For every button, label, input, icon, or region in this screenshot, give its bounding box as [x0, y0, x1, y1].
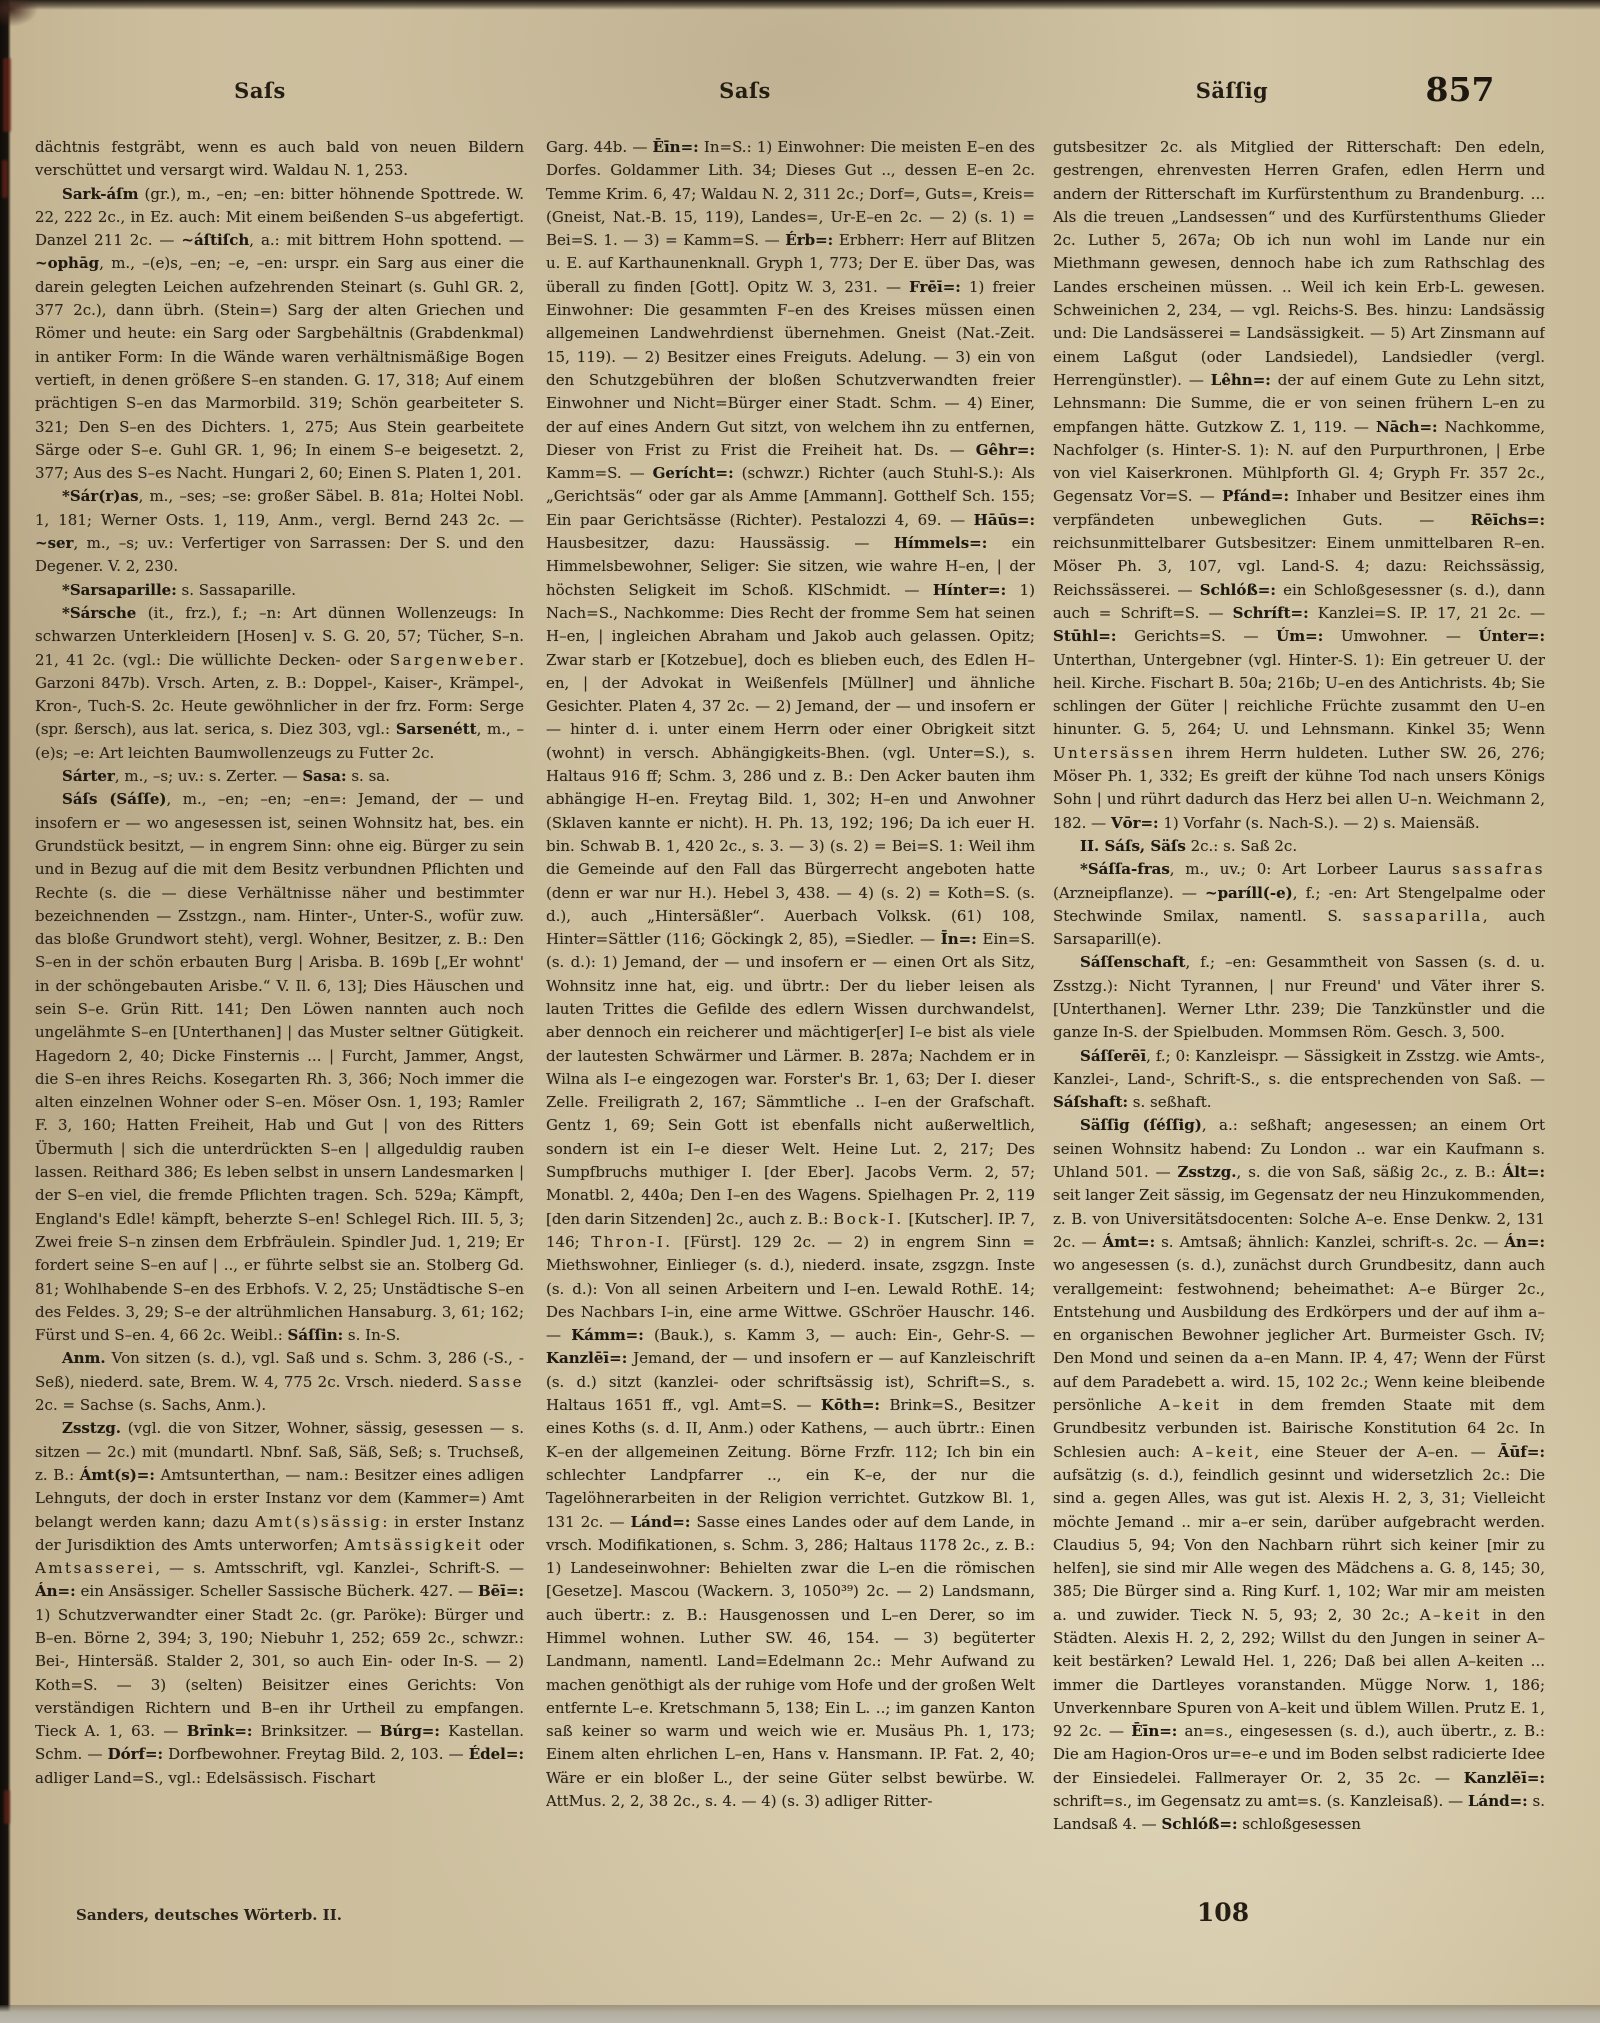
paragraph: gutsbesitzer 2c. als Mitglied der Ritter…	[1053, 136, 1545, 835]
text-column-3: gutsbesitzer 2c. als Mitglied der Ritter…	[1053, 136, 1545, 1904]
letterspaced-term: Amtsässigkeit	[344, 1536, 483, 1554]
scan-edge-top	[0, 0, 1600, 10]
headword: Stūhl=:	[1053, 627, 1116, 645]
headword: Sáſs (Sáſſe)	[62, 790, 167, 808]
headword: Édel=:	[469, 1745, 524, 1763]
letterspaced-term: Bock-I.	[833, 1210, 904, 1228]
headword: Dórf=:	[108, 1745, 163, 1763]
text-column-2: Garg. 44b. — Ēīn=: In=S.: 1) Einwohner: …	[546, 136, 1035, 1904]
letterspaced-term: Amtsasserei	[35, 1559, 155, 1577]
letterspaced-term: Amt(s)sässig	[255, 1513, 382, 1531]
paragraph: Anm. Von sitzen (s. d.), vgl. Saß und s.…	[35, 1347, 524, 1417]
red-edge-mark	[4, 1790, 10, 1824]
book-page: Saſs Saſs Säſſig 857 dächtnis festgräbt,…	[0, 0, 1600, 2023]
headword: Érb=:	[785, 231, 833, 249]
headword: ~ser	[35, 534, 73, 552]
running-head-center: Saſs	[635, 78, 855, 103]
letterspaced-term: Thron-I.	[591, 1233, 672, 1251]
letterspaced-term: A–keit	[1159, 1396, 1221, 1414]
headword: Sáſſin:	[288, 1326, 344, 1344]
scan-corner-smudge	[0, 0, 46, 30]
letterspaced-term: A–keit	[1192, 1443, 1254, 1461]
headword: Brīnk=:	[187, 1722, 253, 1740]
headword: *Sár(r)as	[62, 487, 139, 505]
printer-signature: Sanders, deutsches Wörterb. II.	[76, 1906, 342, 1924]
headword: Schlóß=:	[1161, 1815, 1237, 1833]
running-head-left: Saſs	[150, 78, 370, 103]
headword: Īn=:	[941, 930, 977, 948]
headword: Kōth=:	[821, 1396, 880, 1414]
headword: Sáſſenschaft	[1080, 953, 1186, 971]
headword: Anm.	[62, 1349, 106, 1367]
headword: Sáſshaft:	[1053, 1093, 1128, 1111]
headword: Hímmels=:	[894, 534, 987, 552]
headword: ~áſtiſch	[181, 231, 249, 249]
headword: Hínter=:	[933, 581, 1006, 599]
headword: Ált=:	[1503, 1163, 1545, 1181]
headword: Sárter	[62, 767, 115, 785]
paragraph: *Sár(r)as, m., –ses; –se: großer Säbel. …	[35, 485, 524, 578]
headword: Zsstzg.	[1178, 1163, 1237, 1181]
paragraph: Sáſſerēī, f.; 0: Kanzleispr. — Sässigkei…	[1053, 1045, 1545, 1115]
headword: Kanzlēī=:	[546, 1349, 627, 1367]
headword: Sáſſerēī	[1080, 1047, 1146, 1065]
headword: Āūf=:	[1498, 1443, 1545, 1461]
red-edge-mark	[3, 58, 11, 132]
headword: Säſſig (ſéſſig)	[1080, 1116, 1202, 1134]
headword: Án=:	[1504, 1233, 1545, 1251]
headword: ~paríll(-e)	[1205, 884, 1293, 902]
headword: Kanzlēī=:	[1464, 1769, 1545, 1787]
headword: Lánd=:	[631, 1513, 691, 1531]
headword: Sark-áſm	[62, 185, 139, 203]
headword: Únter=:	[1479, 627, 1545, 645]
headword: *Sársche	[62, 604, 136, 622]
headword: Nāch=:	[1376, 418, 1438, 436]
headword: Frēī=:	[909, 278, 961, 296]
letterspaced-term: Untersässen	[1053, 744, 1175, 762]
letterspaced-term: Sasse	[468, 1373, 524, 1391]
headword: Pfánd=:	[1222, 487, 1289, 505]
headword: Rēīchs=:	[1471, 511, 1545, 529]
headword: Lêhn=:	[1211, 371, 1271, 389]
paragraph: Sárter, m., –s; uv.: s. Zerter. — Sasa: …	[35, 765, 524, 788]
paragraph: dächtnis festgräbt, wenn es auch bald vo…	[35, 136, 524, 183]
paragraph: Sáſſenschaft, f.; –en: Gesammtheit von S…	[1053, 951, 1545, 1044]
headword: Sarsenétt	[396, 720, 477, 738]
page-number: 857	[1385, 70, 1535, 109]
paragraph: Sáſs (Sáſſe), m., –en; –en; –en=: Jemand…	[35, 788, 524, 1347]
headword: Lánd=:	[1468, 1792, 1528, 1810]
headword: Zsstzg.	[62, 1419, 121, 1437]
headword: Ámt(s)=:	[80, 1466, 155, 1484]
headword: Vōr=:	[1111, 814, 1159, 832]
paragraph: *Sáſſa-fras, m., uv.; 0: Art Lorbeer Lau…	[1053, 858, 1545, 951]
paragraph: Garg. 44b. — Ēīn=: In=S.: 1) Einwohner: …	[546, 136, 1035, 1813]
headword: Schlóß=:	[1200, 581, 1276, 599]
paragraph: Zsstzg. (vgl. die von Sitzer, Wohner, sä…	[35, 1417, 524, 1790]
headword: Hāūs=:	[974, 511, 1035, 529]
headword: *Sarsaparille:	[62, 581, 177, 599]
headword: Sasa:	[302, 767, 346, 785]
scan-edge-bottom	[0, 2005, 1600, 2023]
letterspaced-term: Sargenweber	[390, 651, 519, 669]
headword: Gêhr=:	[976, 441, 1035, 459]
headword: ~ophāg	[35, 254, 99, 272]
headword: Ēīn=:	[653, 138, 699, 156]
headword: Ēīn=:	[1131, 1722, 1177, 1740]
scan-edge-left	[0, 0, 11, 2023]
headword: Án=:	[35, 1582, 76, 1600]
paragraph: Säſſig (ſéſſig), a.: seßhaft; angesessen…	[1053, 1114, 1545, 1836]
sheet-number: 108	[1178, 1898, 1268, 1927]
headword: Búrg=:	[380, 1722, 440, 1740]
headword: Úm=:	[1276, 627, 1323, 645]
letterspaced-term: sassaparilla	[1363, 907, 1483, 925]
headword: *Sáſſa-fras	[1080, 860, 1170, 878]
letterspaced-term: A–keit	[1420, 1606, 1482, 1624]
headword: Kámm=:	[571, 1326, 644, 1344]
headword: Gerícht=:	[653, 464, 734, 482]
paragraph: *Sarsaparille: s. Sassaparille.	[35, 579, 524, 602]
paragraph: Sark-áſm (gr.), m., –en; –en: bitter höh…	[35, 183, 524, 486]
running-head-right: Säſſig	[1122, 78, 1342, 103]
text-column-1: dächtnis festgräbt, wenn es auch bald vo…	[35, 136, 524, 1904]
letterspaced-term: sassafras	[1452, 860, 1545, 878]
paragraph: *Sársche (it., frz.), f.; –n: Art dünnen…	[35, 602, 524, 765]
headword: Ámt=:	[1103, 1233, 1156, 1251]
headword: Schríft=:	[1233, 604, 1309, 622]
headword: Bēī=:	[478, 1582, 524, 1600]
paragraph: II. Sáſs, Säſs 2c.: s. Saß 2c.	[1053, 835, 1545, 858]
headword: II. Sáſs, Säſs	[1080, 837, 1186, 855]
red-edge-mark	[2, 160, 8, 198]
